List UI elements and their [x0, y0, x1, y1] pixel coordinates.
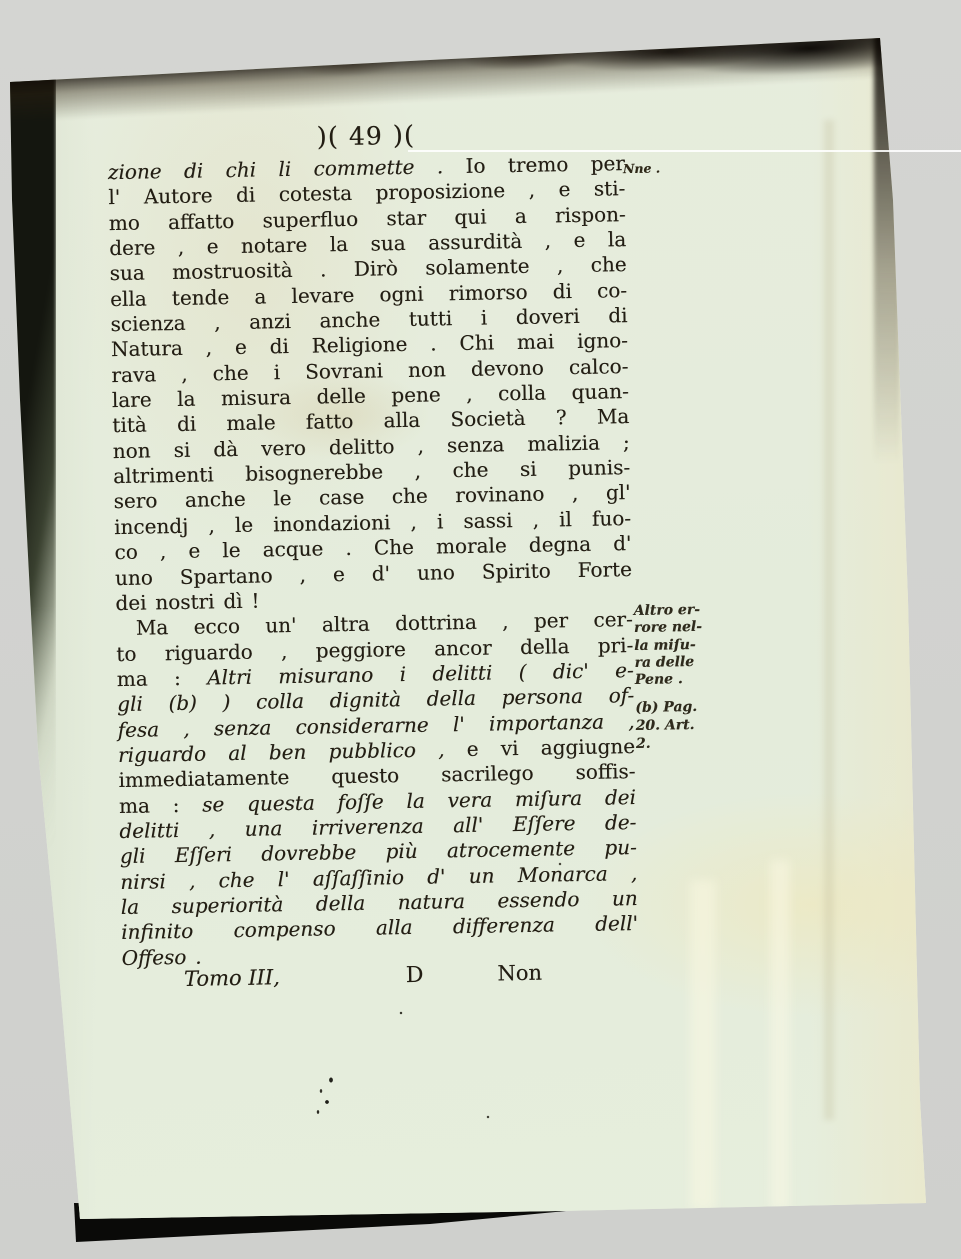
margin-footnote: (b) Pag.20. Art.2.	[635, 698, 714, 753]
catchword: Non	[497, 961, 542, 986]
margin-line: Altro er-	[633, 602, 711, 621]
main-text-column: zione di chi li commette . Io tremo perl…	[108, 151, 639, 971]
margin-note-top: Nne .	[623, 160, 703, 176]
margin-line: Pene .	[635, 671, 713, 690]
page-number: 49	[349, 121, 383, 151]
margin-line: 20. Art.	[635, 716, 713, 735]
printed-content: )(49)( Nne . zione di chi li commette . …	[0, 0, 961, 1259]
scanned-book-page: )(49)( Nne . zione di chi li commette . …	[0, 0, 961, 1259]
margin-line: ra delle	[634, 654, 712, 673]
margin-line: (b) Pag.	[635, 698, 713, 717]
volume-label: Tomo III,	[184, 965, 280, 991]
margin-line: la miſu-	[634, 636, 712, 655]
header-ornament-right: )(	[382, 121, 425, 152]
margin-note-error: Altro er-rore nel-la miſu-ra dellePene .	[633, 602, 712, 690]
margin-line: rore nel-	[634, 619, 712, 638]
scanner-artifact-line	[408, 150, 961, 152]
gathering-signature: D	[406, 963, 424, 988]
margin-line: 2.	[636, 734, 714, 753]
book-page: )(49)( Nne . zione di chi li commette . …	[0, 0, 961, 1259]
header-ornament-left: )(	[306, 122, 349, 153]
